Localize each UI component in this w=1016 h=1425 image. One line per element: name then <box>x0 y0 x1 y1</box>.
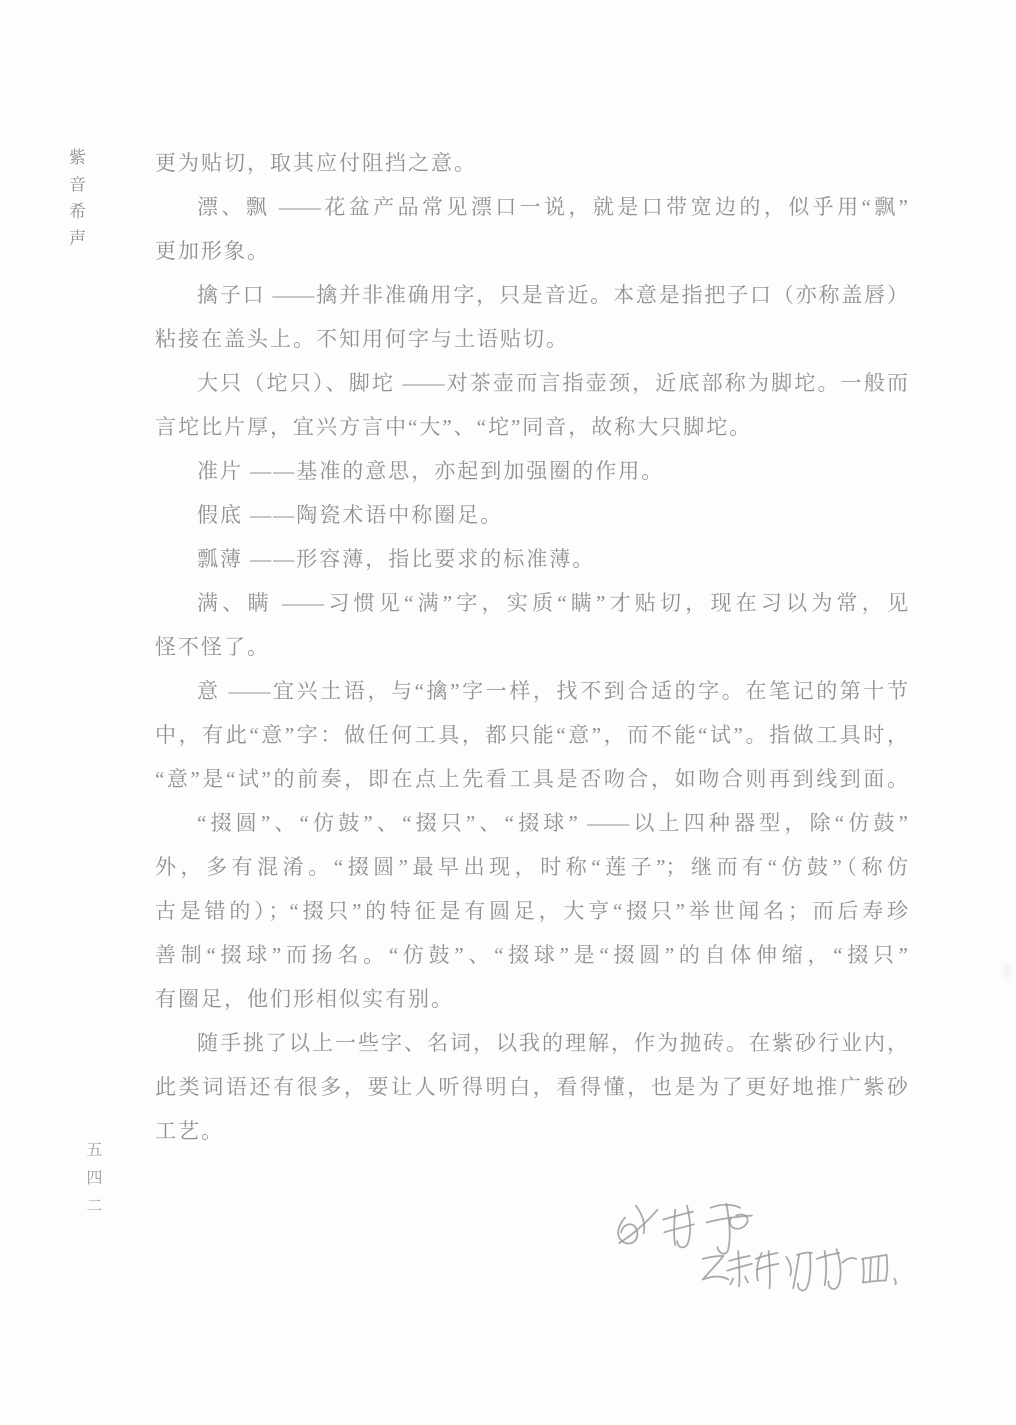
signature-stroke <box>842 1258 856 1263</box>
text-line: 意 ——宜兴土语，与“擒”字一样，找不到合适的字。在笔记的第十节 <box>155 669 908 713</box>
text-line: 怪不怪了。 <box>155 625 908 669</box>
text-line: 善制“掇球”而扬名。“仿鼓”、“掇球”是“掇圆”的自体伸缩，“掇只” <box>155 933 908 977</box>
signature-stroke <box>757 1264 779 1270</box>
text-line: 假底 ——陶瓷术语中称圈足。 <box>155 493 908 537</box>
text-line: 此类词语还有很多，要让人听得明白，看得懂，也是为了更好地推广紫砂 <box>155 1065 908 1109</box>
signature-stroke <box>745 1277 748 1283</box>
text-line: 大只（坨只）、脚坨 ——对茶壶而言指壶颈，近底部称为脚坨。一般而 <box>155 361 908 405</box>
body-text: 更为贴切，取其应付阻挡之意。漂、飘 ——花盆产品常见漂口一说，就是口带宽边的，似… <box>155 141 908 1153</box>
signature-stroke <box>798 1253 810 1291</box>
text-line: 准片 ——基准的意思，亦起到加强圈的作用。 <box>155 449 908 493</box>
signature-stroke <box>878 1257 879 1280</box>
text-line: 中，有此“意”字：做任何工具，都只能“意”，而不能“试”。指做工具时， <box>155 713 908 757</box>
text-line: 瓢薄 ——形容薄，指比要求的标准薄。 <box>155 537 908 581</box>
signature-stroke <box>886 1255 888 1281</box>
signature-stroke <box>894 1279 895 1285</box>
signature-stroke <box>730 1279 733 1285</box>
signature-stroke <box>756 1253 778 1259</box>
signature-stroke <box>862 1255 887 1259</box>
signature-stroke <box>711 1205 741 1208</box>
signature-stroke <box>870 1259 871 1281</box>
text-line: 漂、飘 ——花盆产品常见漂口一说，就是口带宽边的，似乎用“飘” <box>155 185 908 229</box>
text-line: 工艺。 <box>155 1109 908 1153</box>
text-line: 满、瞒 ——习惯见“满”字，实质“瞒”才贴切，现在习以为常，见 <box>155 581 908 625</box>
signature-stroke <box>786 1257 791 1276</box>
text-line: 粘接在盖头上。不知用何字与土语贴切。 <box>155 317 908 361</box>
signature-stroke <box>863 1281 886 1283</box>
text-line: 外，多有混淆。“掇圆”最早出现，时称“莲子”；继而有“仿鼓”（称仿 <box>155 845 908 889</box>
book-title-vertical: 紫音希声 <box>63 148 88 256</box>
signature-stroke <box>674 1210 675 1245</box>
scanned-book-page: 紫音希声 五四二 更为贴切，取其应付阻挡之意。漂、飘 ——花盆产品常见漂口一说，… <box>0 0 1016 1425</box>
text-line: 有圈足，他们形相似实有别。 <box>155 977 908 1021</box>
signature-stroke <box>769 1251 770 1288</box>
signature-stroke <box>817 1253 840 1259</box>
handwritten-signature <box>590 1192 900 1310</box>
signature-stroke <box>863 1259 864 1283</box>
signature-stroke <box>703 1256 729 1280</box>
text-line: 随手挑了以上一些字、名词，以我的理解，作为抛砖。在紫砂行业内， <box>155 1021 908 1065</box>
text-line: 古是错的）；“掇只”的特征是有圆足，大亨“掇只”举世闻名；而后寿珍 <box>155 889 908 933</box>
page-number-vertical: 五四二 <box>81 1141 104 1225</box>
signature-stroke <box>738 1251 739 1286</box>
text-line: 擒子口 ——擒并非准确用字，只是音近。本意是指把子口（亦称盖唇） <box>155 273 908 317</box>
signature-stroke <box>717 1204 729 1254</box>
signature-stroke <box>618 1218 637 1244</box>
text-line: 更加形象。 <box>155 229 908 273</box>
text-line: 言坨比片厚，宜兴方言中“大”、“坨”同音，故称大只脚坨。 <box>155 405 908 449</box>
scan-smudge <box>1000 960 1014 982</box>
text-line: “掇圆”、“仿鼓”、“掇只”、“掇球” ——以上四种器型，除“仿鼓” <box>155 801 908 845</box>
text-line: “意”是“试”的前奏，即在点上先看工具是否吻合，如吻合则再到线到面。 <box>155 757 908 801</box>
text-line: 更为贴切，取其应付阻挡之意。 <box>155 141 908 185</box>
